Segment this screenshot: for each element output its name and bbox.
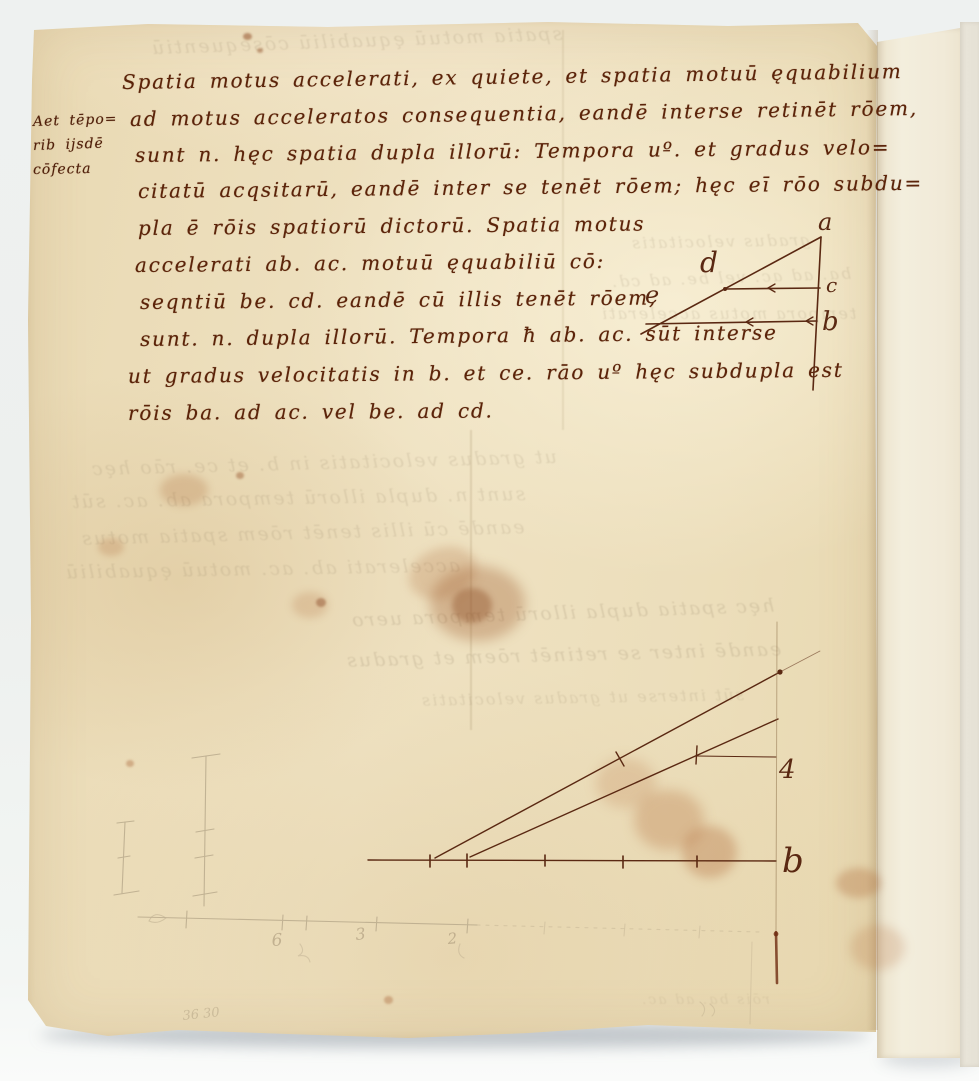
pencil-faint-vertical-right: [750, 942, 752, 1024]
velocity-diagram: [368, 622, 820, 983]
triangle-labels: a d c e b: [645, 208, 839, 337]
point-d: [723, 287, 727, 291]
pencil-numbers: 6 3 2 36 30: [182, 924, 458, 1024]
triangle-hypotenuse-ade: [641, 237, 821, 334]
manuscript-photo: spatia motuū ęquabiliū cōsequentiū gradu…: [0, 0, 979, 1081]
triangle-vertical-ab: [813, 237, 821, 390]
label-d: d: [700, 246, 718, 279]
label-c: c: [826, 273, 837, 297]
vertical-faint-line: [776, 622, 777, 930]
horizontal-connector: [697, 756, 776, 757]
faint-number-3: 3: [354, 924, 366, 944]
pencil-horizontal-faint-extension: [477, 925, 760, 932]
label-a: a: [818, 208, 832, 236]
segment-dc: [725, 288, 820, 289]
diagonal-line-1: [435, 672, 780, 858]
pencil-squiggle: [298, 944, 310, 962]
faint-number-6: 6: [271, 930, 283, 951]
ink-drip: [776, 932, 777, 983]
diagram-layer: a d c e b 4 b: [0, 0, 979, 1081]
faint-annotation: 36 30: [182, 1005, 221, 1024]
pencil-sketch: [114, 754, 760, 1024]
label-b: b: [822, 307, 839, 337]
faint-number-2: 2: [446, 929, 458, 948]
diagonal-1-extension: [780, 651, 820, 672]
pencil-short-vertical-ticks: [114, 821, 139, 895]
diagonal-2-tick: [696, 746, 697, 764]
triangle-diagram: [641, 237, 821, 390]
pencil-squiggle: [459, 944, 464, 958]
ink-drip-head: [774, 932, 779, 937]
pencil-squiggle: [700, 1002, 715, 1016]
diagonal-line-2: [470, 719, 778, 857]
label-e: e: [645, 281, 659, 309]
label-b-bottom: b: [782, 841, 804, 881]
diagonal-1-endpoint: [777, 669, 782, 674]
velocity-diagram-labels: 4 b: [778, 755, 804, 881]
label-4: 4: [778, 755, 796, 785]
pencil-squiggle: [149, 915, 166, 923]
segment-eb: [646, 321, 817, 324]
pencil-horizontal-line: [138, 917, 477, 925]
